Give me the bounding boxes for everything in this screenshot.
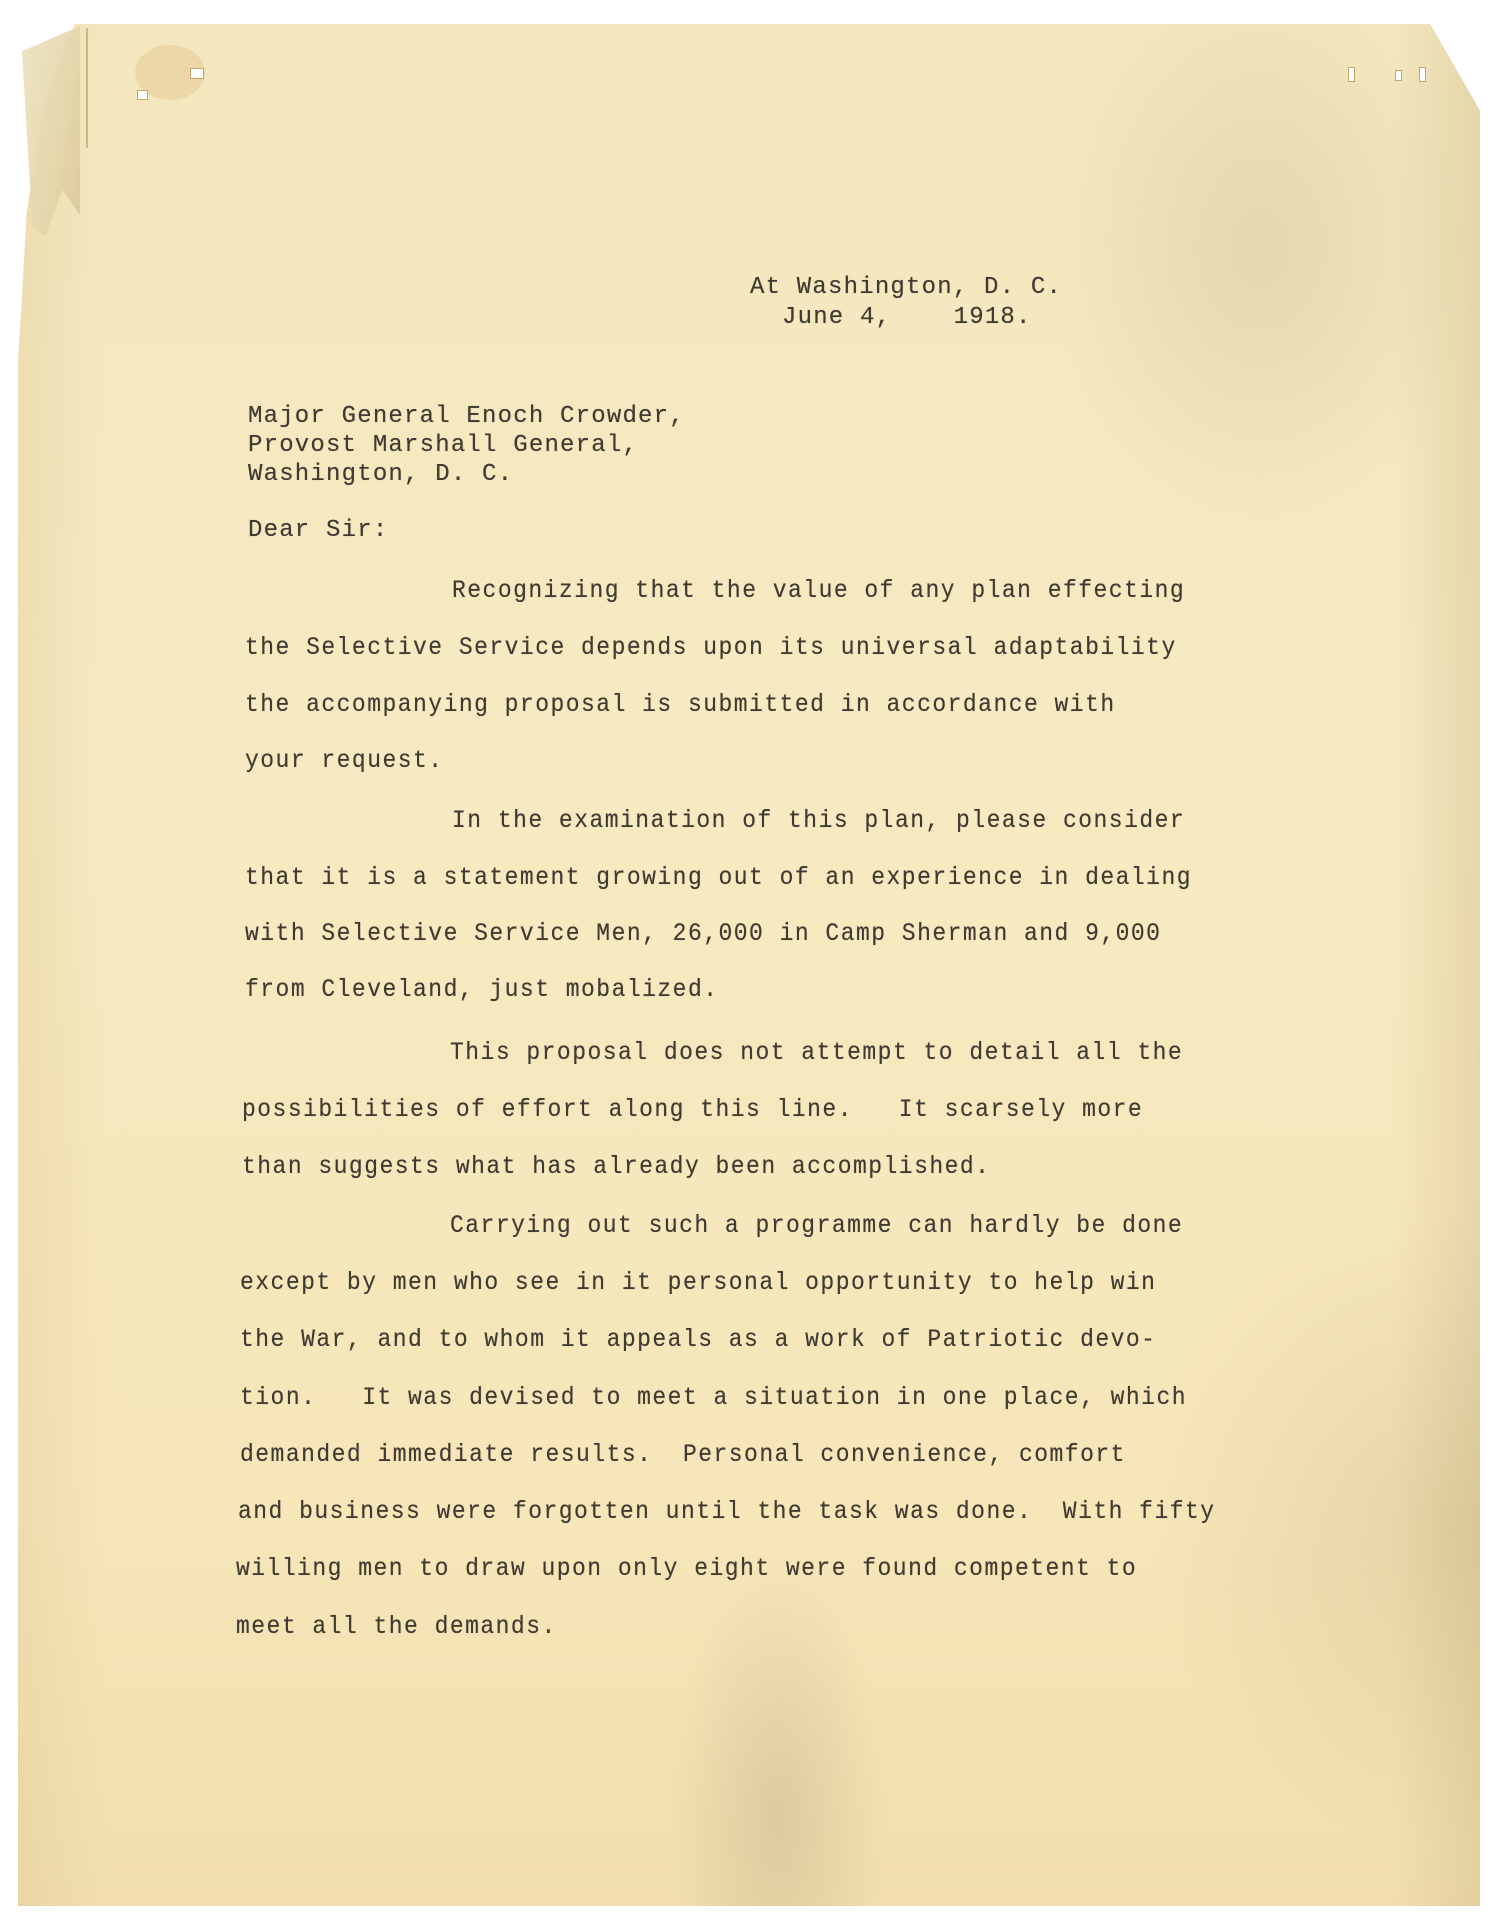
- paragraph-4-line-6: and business were forgotten until the ta…: [238, 1497, 1216, 1526]
- paragraph-4-line-1: Carrying out such a programme can hardly…: [450, 1211, 1183, 1240]
- letter-content: At Washington, D. C. June 4, 1918. Major…: [0, 0, 1500, 1928]
- recipient-name: Major General Enoch Crowder,: [248, 403, 685, 430]
- paragraph-3-line-3: than suggests what has already been acco…: [242, 1152, 990, 1181]
- dateline-place: At Washington, D. C.: [750, 274, 1062, 301]
- paragraph-1-line-1: Recognizing that the value of any plan e…: [452, 576, 1185, 605]
- paragraph-2-line-4: from Cleveland, just mobalized.: [245, 975, 719, 1004]
- paragraph-4-line-4: tion. It was devised to meet a situation…: [240, 1383, 1187, 1412]
- paragraph-3-line-2: possibilities of effort along this line.…: [242, 1095, 1143, 1124]
- salutation: Dear Sir:: [248, 517, 388, 544]
- paragraph-4-line-7: willing men to draw upon only eight were…: [236, 1554, 1137, 1583]
- recipient-title: Provost Marshall General,: [248, 432, 638, 459]
- paragraph-1-line-4: your request.: [245, 746, 444, 775]
- dateline-date: June 4, 1918.: [782, 304, 1032, 331]
- paragraph-4-line-3: the War, and to whom it appeals as a wor…: [240, 1325, 1156, 1354]
- paragraph-4-line-5: demanded immediate results. Personal con…: [240, 1440, 1126, 1469]
- paragraph-2-line-2: that it is a statement growing out of an…: [245, 863, 1192, 892]
- paragraph-4-line-2: except by men who see in it personal opp…: [240, 1268, 1156, 1297]
- paragraph-3-line-1: This proposal does not attempt to detail…: [450, 1038, 1183, 1067]
- paragraph-1-line-3: the accompanying proposal is submitted i…: [245, 690, 1116, 719]
- recipient-address: Washington, D. C.: [248, 461, 513, 488]
- paragraph-1-line-2: the Selective Service depends upon its u…: [245, 633, 1177, 662]
- paragraph-2-line-1: In the examination of this plan, please …: [452, 806, 1185, 835]
- paragraph-2-line-3: with Selective Service Men, 26,000 in Ca…: [245, 919, 1161, 948]
- paragraph-4-line-8: meet all the demands.: [236, 1612, 557, 1641]
